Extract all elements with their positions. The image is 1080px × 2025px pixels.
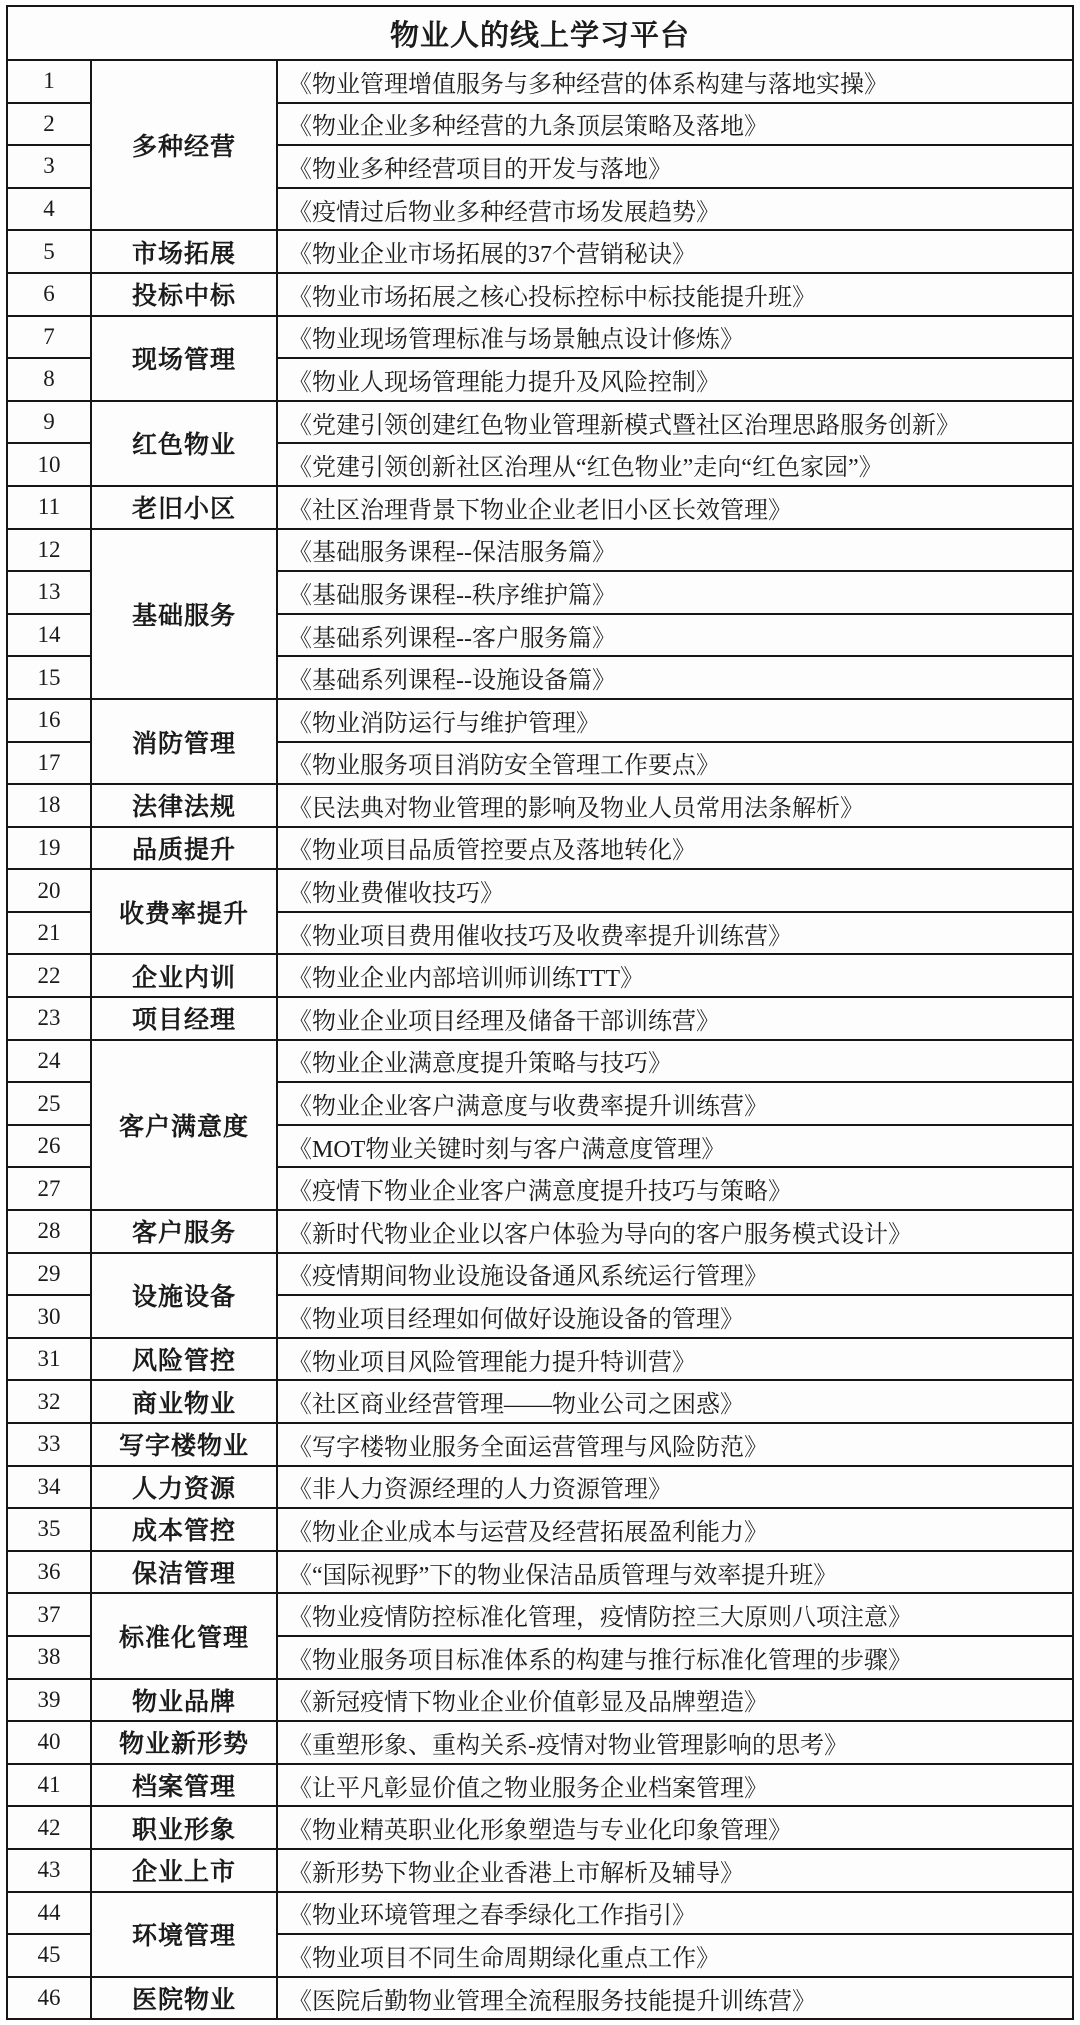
category-cell: 市场拓展 bbox=[91, 230, 277, 273]
table-row: 29设施设备《疫情期间物业设施设备通风系统运行管理》 bbox=[7, 1253, 1073, 1296]
course-title: 《疫情下物业企业客户满意度提升技巧与策略》 bbox=[277, 1167, 1073, 1210]
category-cell: 企业上市 bbox=[91, 1849, 277, 1892]
row-number: 21 bbox=[7, 912, 91, 955]
category-cell: 投标中标 bbox=[91, 273, 277, 316]
row-number: 40 bbox=[7, 1721, 91, 1764]
row-number: 32 bbox=[7, 1380, 91, 1423]
category-cell: 人力资源 bbox=[91, 1466, 277, 1509]
row-number: 30 bbox=[7, 1295, 91, 1338]
category-cell: 写字楼物业 bbox=[91, 1423, 277, 1466]
course-title: 《物业服务项目消防安全管理工作要点》 bbox=[277, 742, 1073, 785]
category-cell: 企业内训 bbox=[91, 954, 277, 997]
row-number: 2 bbox=[7, 103, 91, 146]
row-number: 46 bbox=[7, 1977, 91, 2020]
course-title: 《非人力资源经理的人力资源管理》 bbox=[277, 1466, 1073, 1509]
course-title: 《基础系列课程--设施设备篇》 bbox=[277, 656, 1073, 699]
course-title: 《基础系列课程--客户服务篇》 bbox=[277, 614, 1073, 657]
category-cell: 风险管控 bbox=[91, 1338, 277, 1381]
row-number: 34 bbox=[7, 1466, 91, 1509]
category-cell: 老旧小区 bbox=[91, 486, 277, 529]
row-number: 12 bbox=[7, 529, 91, 572]
row-number: 31 bbox=[7, 1338, 91, 1381]
course-title: 《物业市场拓展之核心投标控标中标技能提升班》 bbox=[277, 273, 1073, 316]
course-title: 《物业现场管理标准与场景触点设计修炼》 bbox=[277, 316, 1073, 359]
category-cell: 档案管理 bbox=[91, 1764, 277, 1807]
course-title: 《物业费催收技巧》 bbox=[277, 869, 1073, 912]
category-cell: 物业新形势 bbox=[91, 1721, 277, 1764]
course-title: 《物业环境管理之春季绿化工作指引》 bbox=[277, 1892, 1073, 1935]
table-row: 41档案管理《让平凡彰显价值之物业服务企业档案管理》 bbox=[7, 1764, 1073, 1807]
row-number: 19 bbox=[7, 827, 91, 870]
row-number: 26 bbox=[7, 1125, 91, 1168]
row-number: 8 bbox=[7, 358, 91, 401]
course-title: 《物业消防运行与维护管理》 bbox=[277, 699, 1073, 742]
course-title: 《物业服务项目标准体系的构建与推行标准化管理的步骤》 bbox=[277, 1636, 1073, 1679]
course-title: 《MOT物业关键时刻与客户满意度管理》 bbox=[277, 1125, 1073, 1168]
table-row: 34人力资源《非人力资源经理的人力资源管理》 bbox=[7, 1466, 1073, 1509]
table-row: 32商业物业《社区商业经营管理——物业公司之困惑》 bbox=[7, 1380, 1073, 1423]
course-title: 《新时代物业企业以客户体验为导向的客户服务模式设计》 bbox=[277, 1210, 1073, 1253]
row-number: 3 bbox=[7, 145, 91, 188]
category-cell: 标准化管理 bbox=[91, 1593, 277, 1678]
row-number: 37 bbox=[7, 1593, 91, 1636]
row-number: 11 bbox=[7, 486, 91, 529]
title-row: 物业人的线上学习平台 bbox=[7, 6, 1073, 60]
category-cell: 现场管理 bbox=[91, 316, 277, 401]
row-number: 41 bbox=[7, 1764, 91, 1807]
category-cell: 项目经理 bbox=[91, 997, 277, 1040]
table-row: 20收费率提升《物业费催收技巧》 bbox=[7, 869, 1073, 912]
course-title: 《物业企业多种经营的九条顶层策略及落地》 bbox=[277, 103, 1073, 146]
table-row: 39物业品牌《新冠疫情下物业企业价值彰显及品牌塑造》 bbox=[7, 1679, 1073, 1722]
course-title: 《物业多种经营项目的开发与落地》 bbox=[277, 145, 1073, 188]
course-title: 《社区治理背景下物业企业老旧小区长效管理》 bbox=[277, 486, 1073, 529]
row-number: 25 bbox=[7, 1082, 91, 1125]
row-number: 1 bbox=[7, 60, 91, 103]
row-number: 27 bbox=[7, 1167, 91, 1210]
row-number: 10 bbox=[7, 443, 91, 486]
row-number: 5 bbox=[7, 230, 91, 273]
course-title: 《让平凡彰显价值之物业服务企业档案管理》 bbox=[277, 1764, 1073, 1807]
course-title: 《物业疫情防控标准化管理，疫情防控三大原则八项注意》 bbox=[277, 1593, 1073, 1636]
table-row: 35成本管控《物业企业成本与运营及经营拓展盈利能力》 bbox=[7, 1508, 1073, 1551]
row-number: 45 bbox=[7, 1934, 91, 1977]
category-cell: 成本管控 bbox=[91, 1508, 277, 1551]
course-title: 《民法典对物业管理的影响及物业人员常用法条解析》 bbox=[277, 784, 1073, 827]
table-row: 19品质提升《物业项目品质管控要点及落地转化》 bbox=[7, 827, 1073, 870]
table-row: 9红色物业《党建引领创建红色物业管理新模式暨社区治理思路服务创新》 bbox=[7, 401, 1073, 444]
course-title: 《物业企业满意度提升策略与技巧》 bbox=[277, 1040, 1073, 1083]
course-title: 《党建引领创建红色物业管理新模式暨社区治理思路服务创新》 bbox=[277, 401, 1073, 444]
course-title: 《物业项目风险管理能力提升特训营》 bbox=[277, 1338, 1073, 1381]
category-cell: 医院物业 bbox=[91, 1977, 277, 2020]
course-title: 《物业项目经理如何做好设施设备的管理》 bbox=[277, 1295, 1073, 1338]
category-cell: 物业品牌 bbox=[91, 1679, 277, 1722]
row-number: 24 bbox=[7, 1040, 91, 1083]
table-body: 1多种经营《物业管理增值服务与多种经营的体系构建与落地实操》2《物业企业多种经营… bbox=[7, 60, 1073, 2019]
category-cell: 品质提升 bbox=[91, 827, 277, 870]
row-number: 9 bbox=[7, 401, 91, 444]
table-row: 18法律法规《民法典对物业管理的影响及物业人员常用法条解析》 bbox=[7, 784, 1073, 827]
row-number: 44 bbox=[7, 1892, 91, 1935]
course-title: 《物业企业成本与运营及经营拓展盈利能力》 bbox=[277, 1508, 1073, 1551]
course-title: 《物业项目费用催收技巧及收费率提升训练营》 bbox=[277, 912, 1073, 955]
row-number: 4 bbox=[7, 188, 91, 231]
course-title: 《党建引领创新社区治理从“红色物业”走向“红色家园”》 bbox=[277, 443, 1073, 486]
row-number: 33 bbox=[7, 1423, 91, 1466]
table-row: 23项目经理《物业企业项目经理及储备干部训练营》 bbox=[7, 997, 1073, 1040]
table-row: 28客户服务《新时代物业企业以客户体验为导向的客户服务模式设计》 bbox=[7, 1210, 1073, 1253]
course-title: 《疫情过后物业多种经营市场发展趋势》 bbox=[277, 188, 1073, 231]
course-title: 《基础服务课程--保洁服务篇》 bbox=[277, 529, 1073, 572]
row-number: 16 bbox=[7, 699, 91, 742]
course-title: 《新形势下物业企业香港上市解析及辅导》 bbox=[277, 1849, 1073, 1892]
course-title: 《物业管理增值服务与多种经营的体系构建与落地实操》 bbox=[277, 60, 1073, 103]
category-cell: 红色物业 bbox=[91, 401, 277, 486]
row-number: 22 bbox=[7, 954, 91, 997]
category-cell: 环境管理 bbox=[91, 1892, 277, 1977]
learning-platform-table: 物业人的线上学习平台 1多种经营《物业管理增值服务与多种经营的体系构建与落地实操… bbox=[6, 5, 1074, 2020]
row-number: 39 bbox=[7, 1679, 91, 1722]
row-number: 29 bbox=[7, 1253, 91, 1296]
category-cell: 商业物业 bbox=[91, 1380, 277, 1423]
row-number: 38 bbox=[7, 1636, 91, 1679]
category-cell: 基础服务 bbox=[91, 529, 277, 699]
table-row: 22企业内训《物业企业内部培训师训练TTT》 bbox=[7, 954, 1073, 997]
category-cell: 多种经营 bbox=[91, 60, 277, 230]
table-row: 40物业新形势《重塑形象、重构关系-疫情对物业管理影响的思考》 bbox=[7, 1721, 1073, 1764]
category-cell: 消防管理 bbox=[91, 699, 277, 784]
row-number: 7 bbox=[7, 316, 91, 359]
table-row: 11老旧小区《社区治理背景下物业企业老旧小区长效管理》 bbox=[7, 486, 1073, 529]
row-number: 17 bbox=[7, 742, 91, 785]
row-number: 18 bbox=[7, 784, 91, 827]
row-number: 43 bbox=[7, 1849, 91, 1892]
row-number: 6 bbox=[7, 273, 91, 316]
table-row: 5市场拓展《物业企业市场拓展的37个营销秘诀》 bbox=[7, 230, 1073, 273]
category-cell: 客户服务 bbox=[91, 1210, 277, 1253]
row-number: 42 bbox=[7, 1806, 91, 1849]
table-row: 24客户满意度《物业企业满意度提升策略与技巧》 bbox=[7, 1040, 1073, 1083]
table-row: 7现场管理《物业现场管理标准与场景触点设计修炼》 bbox=[7, 316, 1073, 359]
row-number: 23 bbox=[7, 997, 91, 1040]
row-number: 20 bbox=[7, 869, 91, 912]
course-title: 《基础服务课程--秩序维护篇》 bbox=[277, 571, 1073, 614]
course-title: 《重塑形象、重构关系-疫情对物业管理影响的思考》 bbox=[277, 1721, 1073, 1764]
table-row: 6投标中标《物业市场拓展之核心投标控标中标技能提升班》 bbox=[7, 273, 1073, 316]
table-row: 43企业上市《新形势下物业企业香港上市解析及辅导》 bbox=[7, 1849, 1073, 1892]
course-title: 《社区商业经营管理——物业公司之困惑》 bbox=[277, 1380, 1073, 1423]
course-title: 《物业企业项目经理及储备干部训练营》 bbox=[277, 997, 1073, 1040]
table-row: 1多种经营《物业管理增值服务与多种经营的体系构建与落地实操》 bbox=[7, 60, 1073, 103]
course-title: 《物业企业内部培训师训练TTT》 bbox=[277, 954, 1073, 997]
table-row: 16消防管理《物业消防运行与维护管理》 bbox=[7, 699, 1073, 742]
category-cell: 收费率提升 bbox=[91, 869, 277, 954]
course-title: 《物业人现场管理能力提升及风险控制》 bbox=[277, 358, 1073, 401]
course-title: 《物业企业市场拓展的37个营销秘诀》 bbox=[277, 230, 1073, 273]
category-cell: 设施设备 bbox=[91, 1253, 277, 1338]
table-row: 42职业形象《物业精英职业化形象塑造与专业化印象管理》 bbox=[7, 1806, 1073, 1849]
row-number: 35 bbox=[7, 1508, 91, 1551]
course-title: 《医院后勤物业管理全流程服务技能提升训练营》 bbox=[277, 1977, 1073, 2020]
row-number: 28 bbox=[7, 1210, 91, 1253]
table-row: 46医院物业《医院后勤物业管理全流程服务技能提升训练营》 bbox=[7, 1977, 1073, 2020]
table-row: 37标准化管理《物业疫情防控标准化管理，疫情防控三大原则八项注意》 bbox=[7, 1593, 1073, 1636]
course-title: 《“国际视野”下的物业保洁品质管理与效率提升班》 bbox=[277, 1551, 1073, 1594]
course-title: 《新冠疫情下物业企业价值彰显及品牌塑造》 bbox=[277, 1679, 1073, 1722]
category-cell: 保洁管理 bbox=[91, 1551, 277, 1594]
row-number: 14 bbox=[7, 614, 91, 657]
course-title: 《物业项目品质管控要点及落地转化》 bbox=[277, 827, 1073, 870]
table-row: 12基础服务《基础服务课程--保洁服务篇》 bbox=[7, 529, 1073, 572]
table-row: 33写字楼物业《写字楼物业服务全面运营管理与风险防范》 bbox=[7, 1423, 1073, 1466]
category-cell: 职业形象 bbox=[91, 1806, 277, 1849]
table-title: 物业人的线上学习平台 bbox=[7, 6, 1073, 60]
category-cell: 法律法规 bbox=[91, 784, 277, 827]
row-number: 36 bbox=[7, 1551, 91, 1594]
course-title: 《疫情期间物业设施设备通风系统运行管理》 bbox=[277, 1253, 1073, 1296]
category-cell: 客户满意度 bbox=[91, 1040, 277, 1210]
course-title: 《物业精英职业化形象塑造与专业化印象管理》 bbox=[277, 1806, 1073, 1849]
row-number: 15 bbox=[7, 656, 91, 699]
page-container: 物业人的线上学习平台 1多种经营《物业管理增值服务与多种经营的体系构建与落地实操… bbox=[0, 0, 1080, 2025]
table-row: 31风险管控《物业项目风险管理能力提升特训营》 bbox=[7, 1338, 1073, 1381]
course-title: 《写字楼物业服务全面运营管理与风险防范》 bbox=[277, 1423, 1073, 1466]
table-row: 44环境管理《物业环境管理之春季绿化工作指引》 bbox=[7, 1892, 1073, 1935]
table-row: 36保洁管理《“国际视野”下的物业保洁品质管理与效率提升班》 bbox=[7, 1551, 1073, 1594]
course-title: 《物业项目不同生命周期绿化重点工作》 bbox=[277, 1934, 1073, 1977]
row-number: 13 bbox=[7, 571, 91, 614]
course-title: 《物业企业客户满意度与收费率提升训练营》 bbox=[277, 1082, 1073, 1125]
